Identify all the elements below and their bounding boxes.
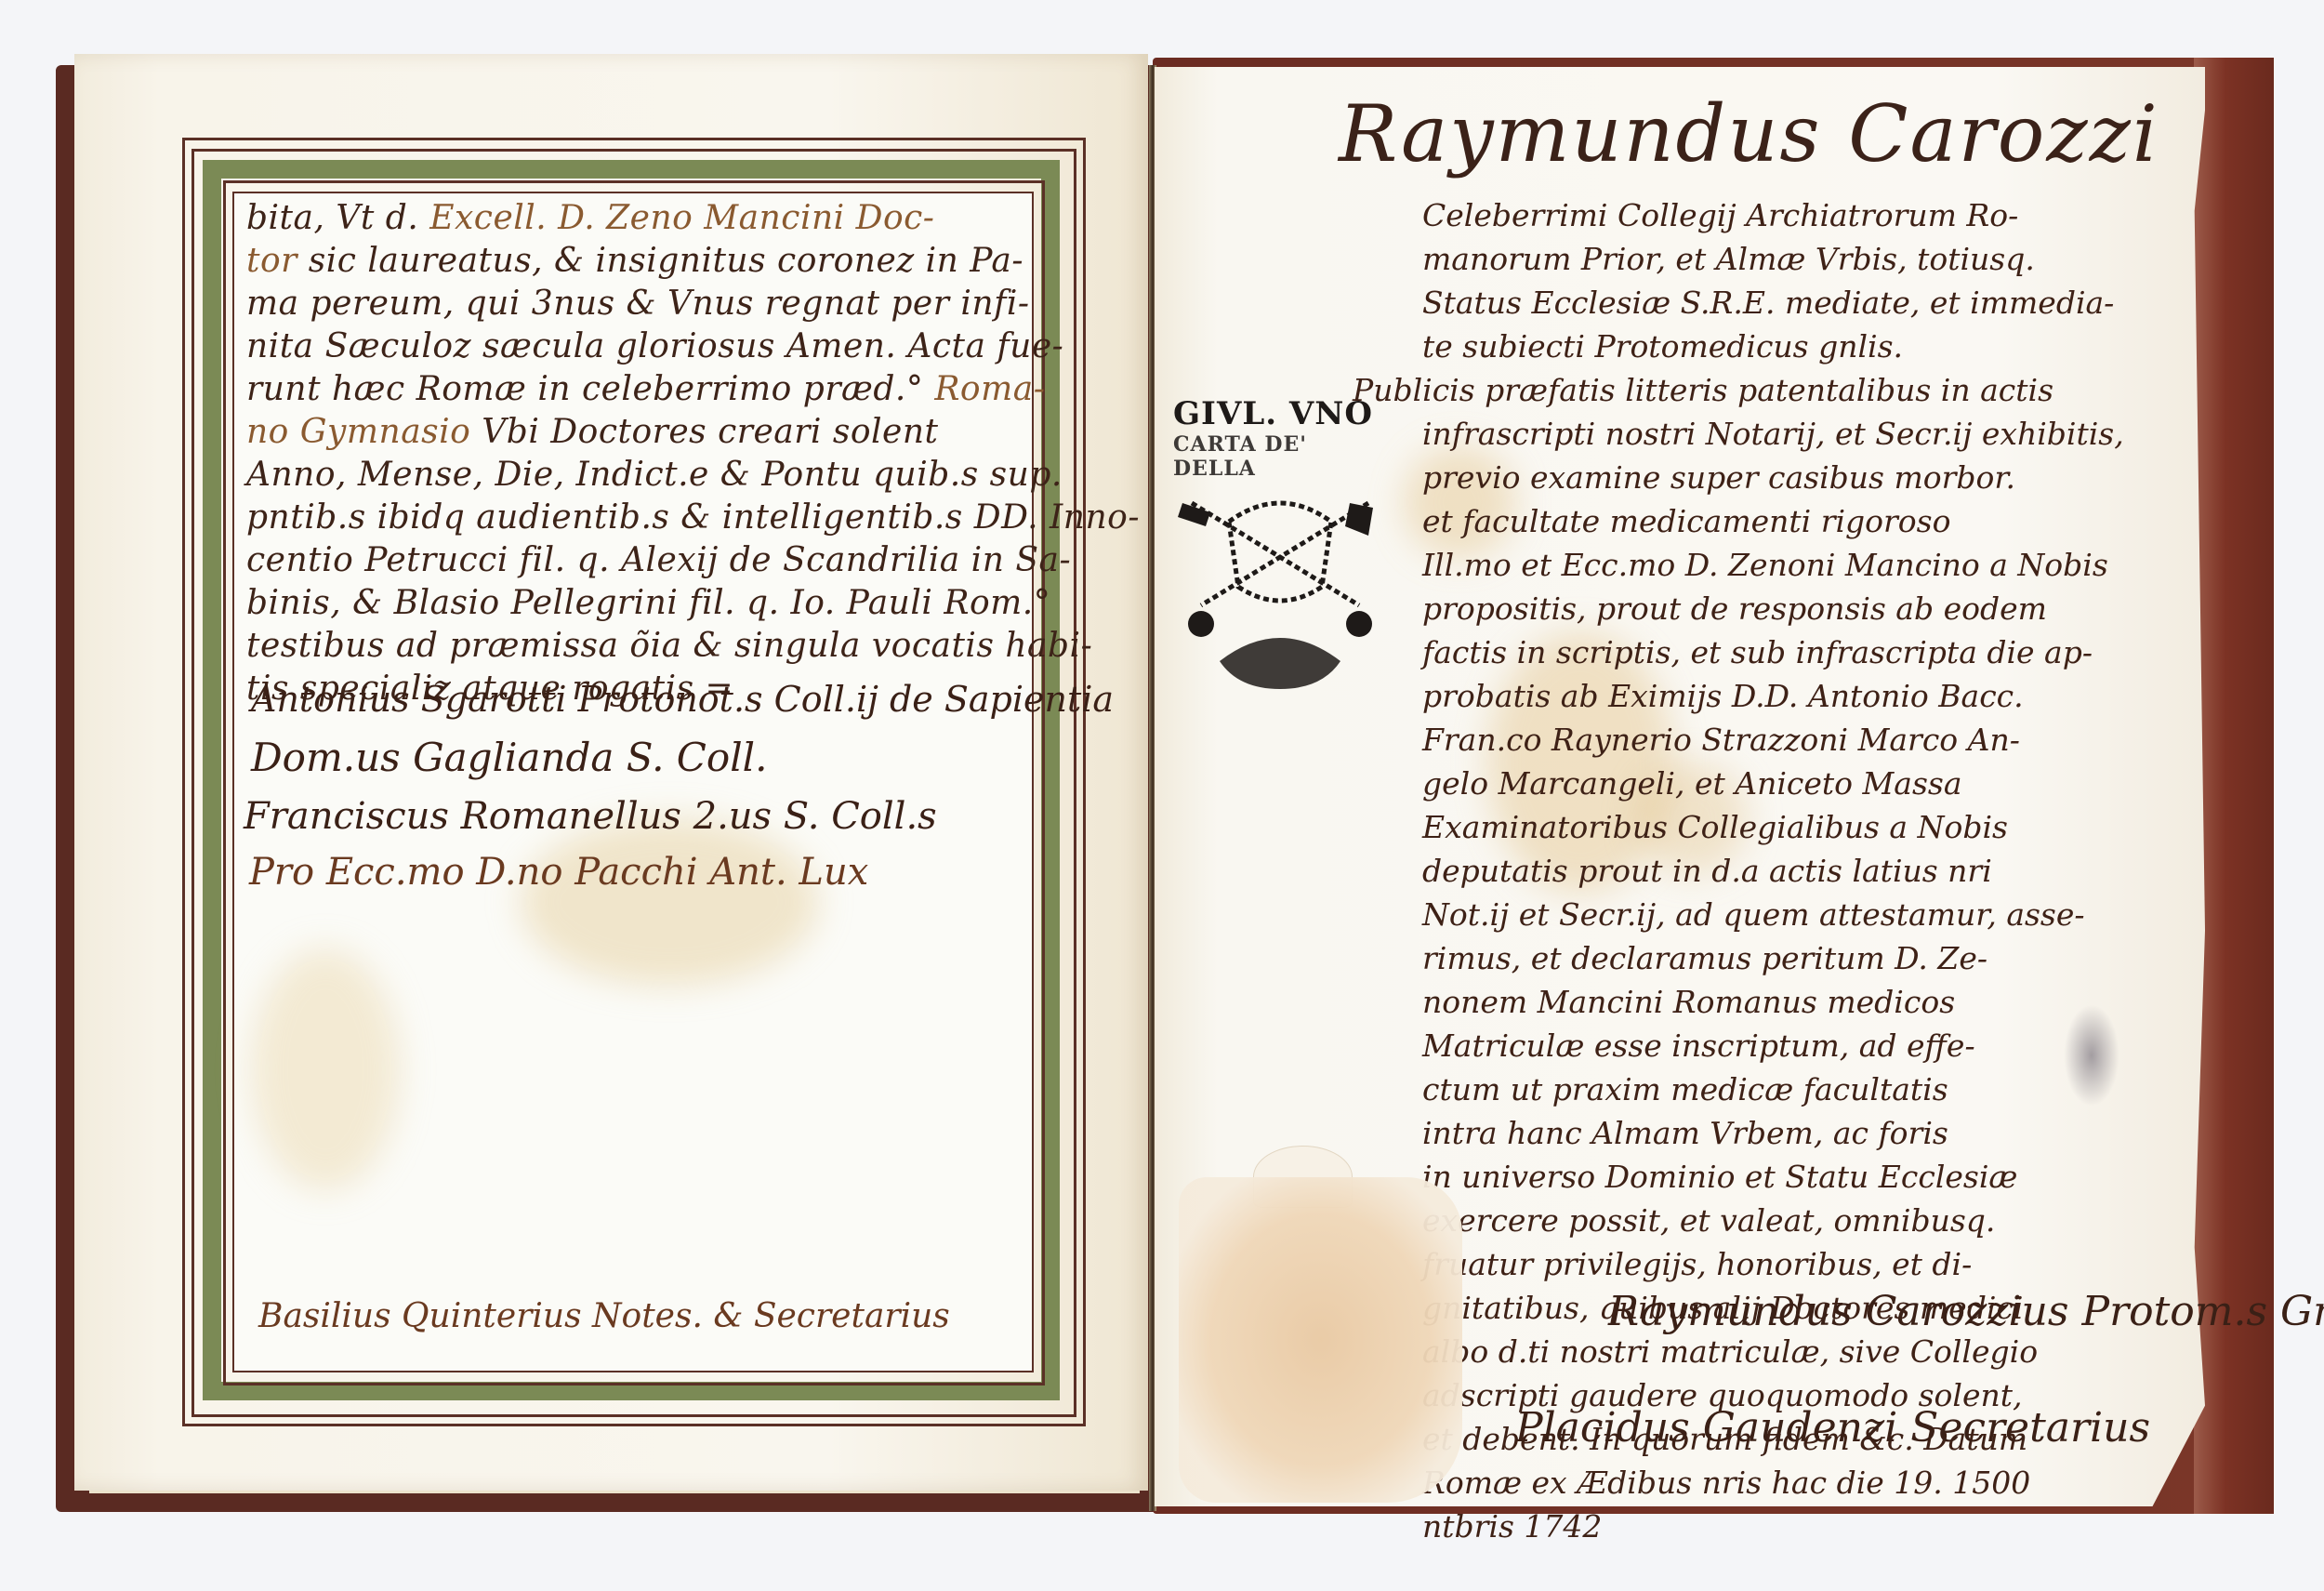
- text-line: tor sic laureatus, & insignitus coronez …: [246, 240, 1027, 283]
- text-line: factis in scriptis, et sub infrascripta …: [1422, 630, 2222, 674]
- secretary-signature: Basilius Quinterius Notes. & Secretarius: [258, 1297, 950, 1335]
- text-line: gelo Marcangeli, et Aniceto Massa: [1422, 762, 2222, 805]
- text-line: Fran.co Raynerio Strazzoni Marco An-: [1422, 718, 2222, 762]
- text-line: infrascripti nostri Notarij, et Secr.ij …: [1422, 412, 2222, 456]
- text-line: testibus ad præmissa õia & singula voca…: [246, 625, 1027, 668]
- witness-signature: Dom.us Gaglianda S. Coll.: [251, 735, 767, 780]
- text-line: probatis ab Eximijs D.D. Antonio Bacc.: [1422, 674, 2222, 718]
- witness-signature: Franciscus Romanellus 2.us S. Coll.s: [244, 795, 937, 838]
- text-line: Publicis præfatis litteris patentalibus …: [1353, 368, 2222, 412]
- text-line: deputatis prout in d.a actis latius nri: [1422, 849, 2222, 893]
- text-line: Status Ecclesiæ S.R.E. mediate, et immed…: [1422, 281, 2222, 325]
- text-line: albo d.ti nostri matriculæ, sive Collegi…: [1422, 1330, 2222, 1373]
- stamp-line-2: CARTA DE': [1173, 432, 1396, 457]
- text-line: rimus, et declaramus peritum D. Ze-: [1422, 936, 2222, 980]
- text-line: pntib.s ibidq audientib.s & intelligenti…: [246, 497, 1027, 539]
- foxing-stain: [521, 818, 818, 986]
- text-line: Romæ ex Ædibus nris hac die 19. 1500: [1422, 1461, 2222, 1505]
- text-line: Anno, Mense, Die, Indict.e & Pontu quib.…: [246, 454, 1027, 497]
- text-line: nita Sæculoz sæcula gloriosus Amen. Acta…: [246, 325, 1027, 368]
- left-page-text: bita, Vt d. Excell. D. Zeno Mancini Doc-…: [246, 197, 1027, 710]
- foxing-stain: [251, 948, 400, 1190]
- text-line: fruatur privilegijs, honoribus, et di-: [1422, 1242, 2222, 1286]
- witness-signature: Pro Ecc.mo D.no Pacchi Ant. Lux: [249, 851, 868, 894]
- page-heading: Raymundus Carozzi: [1339, 88, 2159, 179]
- text-line: previo examine super casibus morbor.: [1422, 456, 2222, 499]
- text-line: te subiecti Protomedicus gnlis.: [1422, 325, 2222, 368]
- text-line: binis, & Blasio Pellegrini fil. q. Io. P…: [246, 582, 1027, 625]
- text-line: et facultate medicamenti rigoroso: [1422, 499, 2222, 543]
- text-line: manorum Prior, et Almæ Vrbis, totiusq.: [1422, 237, 2222, 281]
- witness-signature: Antonius Sgarotti Protonot.s Coll.ij de …: [251, 679, 1114, 720]
- protomedicus-signature: Raymundus Carozzius Protom.s Gnlis: [1608, 1288, 2324, 1335]
- text-line: Celeberrimi Collegij Archiatrorum Ro-: [1422, 193, 2222, 237]
- right-page-text: Celeberrimi Collegij Archiatrorum Ro- ma…: [1422, 193, 2222, 1548]
- text-line: bita, Vt d. Excell. D. Zeno Mancini Doc-: [246, 197, 1027, 240]
- text-line: Not.ij et Secr.ij, ad quem attestamur, a…: [1422, 893, 2222, 936]
- text-line: exercere possit, et valeat, omnibusq.: [1422, 1199, 2222, 1242]
- papal-arms-icon: [1173, 484, 1387, 698]
- stamp-line-3: DELLA: [1173, 457, 1396, 481]
- text-line: propositis, prout de responsis ab eodem: [1422, 587, 2222, 630]
- text-line: intra hanc Almam Vrbem, ac foris: [1422, 1111, 2222, 1155]
- text-line: Examinatoribus Collegialibus a Nobis: [1422, 805, 2222, 849]
- removed-seal-stain: [1179, 1177, 1462, 1503]
- text-line: ntbris 1742: [1422, 1505, 2222, 1548]
- text-line: no Gymnasio Vbi Doctores creari solent: [246, 411, 1027, 454]
- secretary-signature-right: Placidus Gaudenzi Secretarius: [1515, 1404, 2150, 1452]
- text-line: ma pereum, qui 3nus & Vnus regnat per in…: [246, 283, 1027, 325]
- tax-stamp: GIVL. VNO CARTA DE' DELLA: [1173, 395, 1396, 702]
- text-line: Ill.mo et Ecc.mo D. Zenoni Mancino a Nob…: [1422, 543, 2222, 587]
- ink-bleed-mark: [2064, 1004, 2119, 1107]
- text-line: centio Petrucci fil. q. Alexij de Scandr…: [246, 539, 1027, 582]
- text-line: in universo Dominio et Statu Ecclesiæ: [1422, 1155, 2222, 1199]
- text-line: runt hæc Romæ in celeberrimo præd.° Roma…: [246, 368, 1027, 411]
